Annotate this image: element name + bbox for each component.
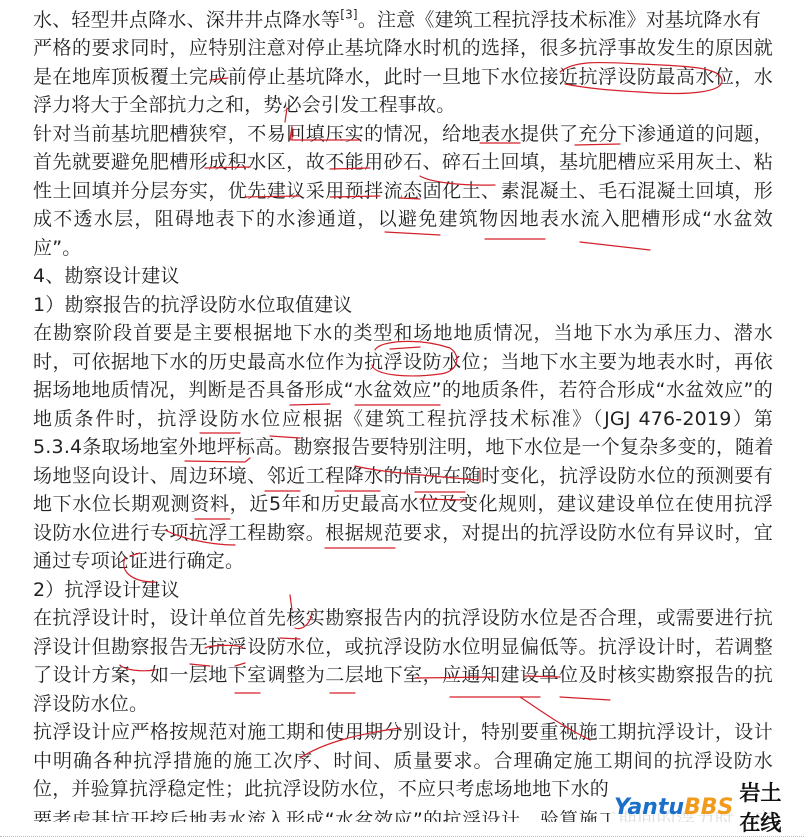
section-heading: 4、勘察设计建议: [33, 262, 180, 290]
subheading-1: 1）勘察报告的抗浮设防水位取值建议: [33, 291, 353, 319]
paragraph-2-line-2: 首先就要避免肥槽形成积水区，故不能用砂石、碎石土回填，基坑肥槽应采用灰土、粘: [33, 148, 773, 176]
paragraph-4-line-4: 浮设防水位。: [33, 690, 148, 718]
paragraph-1-line-3: 是在地库顶板覆土完成前停止基坑降水，此时一旦地下水位接近抗浮设防最高水位，水: [33, 63, 773, 91]
watermark-yantu-text: Yantu: [614, 795, 684, 820]
paragraph-3-line-6: 场地竖向设计、周边环境、邻近工程降水的情况在随时变化，抗浮设防水位的预测要有: [33, 462, 773, 490]
paragraph-3-line-8: 设防水位进行专项抗浮工程勘察。根据规范要求，对提出的抗浮设防水位有异议时，宜: [33, 519, 773, 547]
document-page: 水、轻型井点降水、深井井点降水等[3]。注意《建筑工程抗浮技术标准》对基坑降水有…: [0, 0, 804, 839]
paragraph-4-line-3: 了设计方案，如一层地下室调整为二层地下室，应通知建设单位及时核实勘察报告的抗: [33, 661, 773, 689]
text-span: 水、轻型井点降水、深井井点降水等: [33, 9, 340, 31]
paragraph-3-line-5: 5.3.4条取场地室外地坪标高。勘察报告要特别注明，地下水位是一个复杂多变的，随…: [33, 433, 773, 461]
paragraph-1-line-2: 严格的要求同时，应特别注意对停止基坑降水时机的选择，很多抗浮事故发生的原因就: [33, 34, 773, 62]
paragraph-3-line-3: 据场地地质情况，判断是否具备形成“水盆效应”的地质条件，若符合形成“水盆效应”的: [33, 376, 773, 404]
paragraph-5-line-2: 中明确各种抗浮措施的施工次序、时间、质量要求。合理确定施工期间的抗浮设防水: [33, 747, 773, 775]
text-span: 。注意《建筑工程抗浮技术标准》对基坑降水有: [358, 9, 761, 31]
subheading-2: 2）抗浮设计建议: [33, 576, 180, 604]
paragraph-5-line-1: 抗浮设计应严格按规范对施工期和使用期分别设计，特别要重视施工期抗浮设计，设计: [33, 718, 773, 746]
paragraph-1-line-4: 浮力将大于全部抗力之和，势必会引发工程事故。: [33, 91, 455, 119]
watermark-logo: Yantu BBS 岩土在线: [610, 792, 804, 822]
paragraph-3-line-9: 通过专项论证进行确定。: [33, 547, 244, 575]
watermark-chinese-text: 岩土在线: [739, 777, 800, 837]
paragraph-3-line-2: 时，可依据地下水的历史最高水位作为抗浮设防水位；当地下水主要为地表水时，再依: [33, 348, 773, 376]
paragraph-1-line-1: 水、轻型井点降水、深井井点降水等[3]。注意《建筑工程抗浮技术标准》对基坑降水有: [33, 6, 761, 34]
paragraph-3-line-4: 地质条件时，抗浮设防水位应根据《建筑工程抗浮技术标准》（JGJ 476-2019…: [33, 405, 773, 433]
citation-ref[interactable]: [3]: [340, 8, 358, 22]
paragraph-2-line-5: 应”。: [33, 234, 81, 262]
paragraph-3-line-7: 地下水位长期观测资料，近5年和历史最高水位及变化规则，建议建设单位在使用抗浮: [33, 490, 773, 518]
paragraph-2-line-1: 针对当前基坑肥槽狭窄，不易回填压实的情况，给地表水提供了充分下渗通道的问题，: [33, 120, 773, 148]
watermark-bbs-text: BBS: [684, 795, 733, 820]
paragraph-5-line-3: 位，并验算抗浮稳定性；此抗浮设防水位，不应只考虑场地地下水的: [33, 775, 609, 803]
paragraph-3-line-1: 在勘察阶段首要是主要根据地下水的类型和场地地质情况，当地下水为承压力、潜水: [33, 319, 773, 347]
paragraph-2-line-4: 成不透水层，阻碍地表下的水渗通道，以避免建筑物因地表水流入肥槽形成“水盆效: [33, 205, 773, 233]
page-bottom-divider: [0, 836, 804, 837]
paragraph-4-line-2: 浮设计但勘察报告无抗浮设防水位，或抗浮设防水位明显偏低等。抗浮设计时，若调整: [33, 633, 773, 661]
paragraph-4-line-1: 在抗浮设计时，设计单位首先核实勘察报告内的抗浮设防水位是否合理，或需要进行抗: [33, 604, 773, 632]
paragraph-2-line-3: 性土回填并分层夯实，优先建议采用预拌流态固化土、素混凝土、毛石混凝土回填，形: [33, 177, 773, 205]
